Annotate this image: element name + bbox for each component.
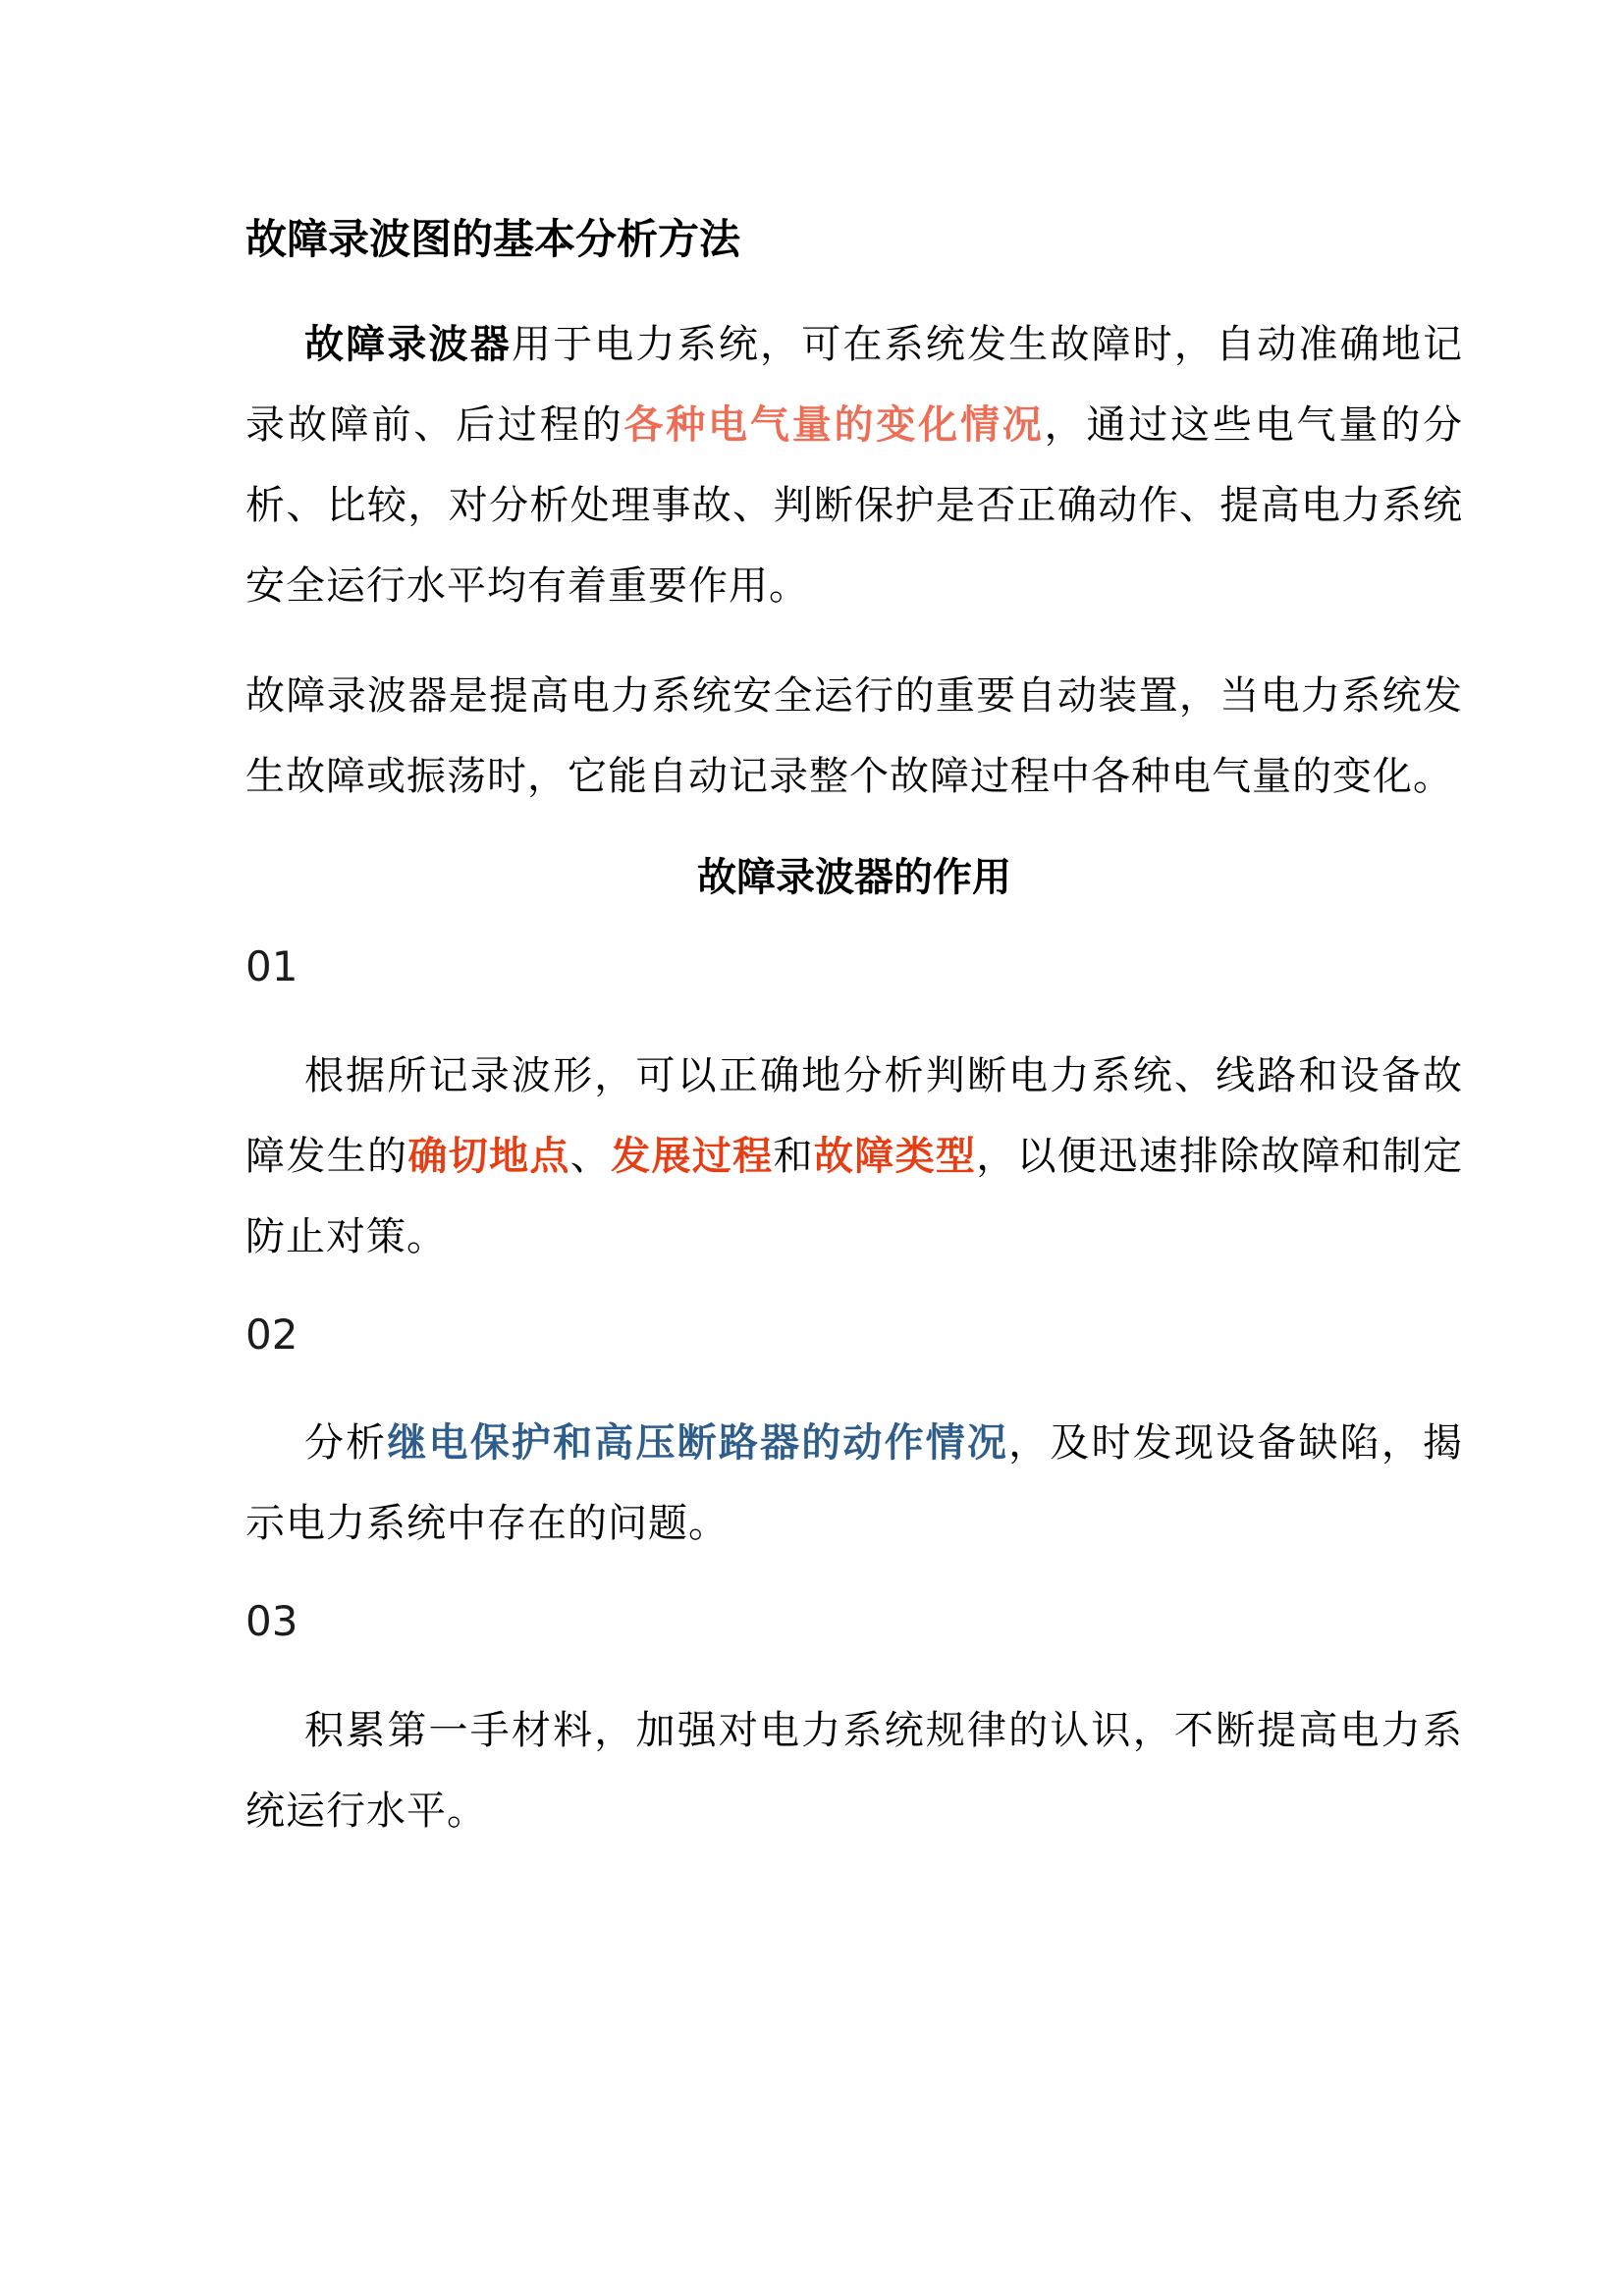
item-paragraph-03: 积累第一手材料，加强对电力系统规律的认识，不断提高电力系统运行水平。 — [245, 1690, 1463, 1851]
item-paragraph-01: 根据所记录波形，可以正确地分析判断电力系统、线路和设备故障发生的确切地点、发展过… — [245, 1036, 1463, 1277]
text-run: 分析 — [304, 1420, 387, 1466]
document-title: 故障录波图的基本分析方法 — [245, 211, 1463, 269]
highlight-relay-breaker-action: 继电保护和高压断路器的动作情况 — [387, 1420, 1008, 1466]
item-number-03: 03 — [245, 1593, 1463, 1651]
item-paragraph-02: 分析继电保护和高压断路器的动作情况，及时发现设备缺陷，揭示电力系统中存在的问题。 — [245, 1403, 1463, 1564]
item-number-01: 01 — [245, 938, 1463, 996]
text-run: 、 — [570, 1134, 611, 1179]
text-run: 积累第一手材料，加强对电力系统规律的认识，不断提高电力系统运行水平。 — [245, 1708, 1463, 1834]
item-number-02: 02 — [245, 1307, 1463, 1364]
text-run: 和 — [774, 1134, 814, 1179]
highlight-development-process: 发展过程 — [611, 1134, 773, 1179]
text-run: 故障录波器是提高电力系统安全运行的重要自动装置，当电力系统发生故障或振荡时，它能… — [245, 673, 1463, 799]
document-content: 故障录波图的基本分析方法 故障录波器用于电力系统，可在系统发生故障时，自动准确地… — [0, 0, 1624, 1851]
highlight-exact-location: 确切地点 — [407, 1134, 569, 1179]
intro-paragraph-1: 故障录波器用于电力系统，可在系统发生故障时，自动准确地记录故障前、后过程的各种电… — [245, 304, 1463, 626]
highlight-electrical-quantities: 各种电气量的变化情况 — [623, 402, 1044, 448]
document-page: 故障录波图的基本分析方法 故障录波器用于电力系统，可在系统发生故障时，自动准确地… — [0, 0, 1624, 2296]
highlight-fault-type: 故障类型 — [814, 1134, 976, 1179]
section-heading-functions: 故障录波器的作用 — [245, 846, 1463, 909]
intro-paragraph-2: 故障录波器是提高电力系统安全运行的重要自动装置，当电力系统发生故障或振荡时，它能… — [245, 656, 1463, 817]
term-fault-recorder: 故障录波器 — [304, 322, 512, 367]
